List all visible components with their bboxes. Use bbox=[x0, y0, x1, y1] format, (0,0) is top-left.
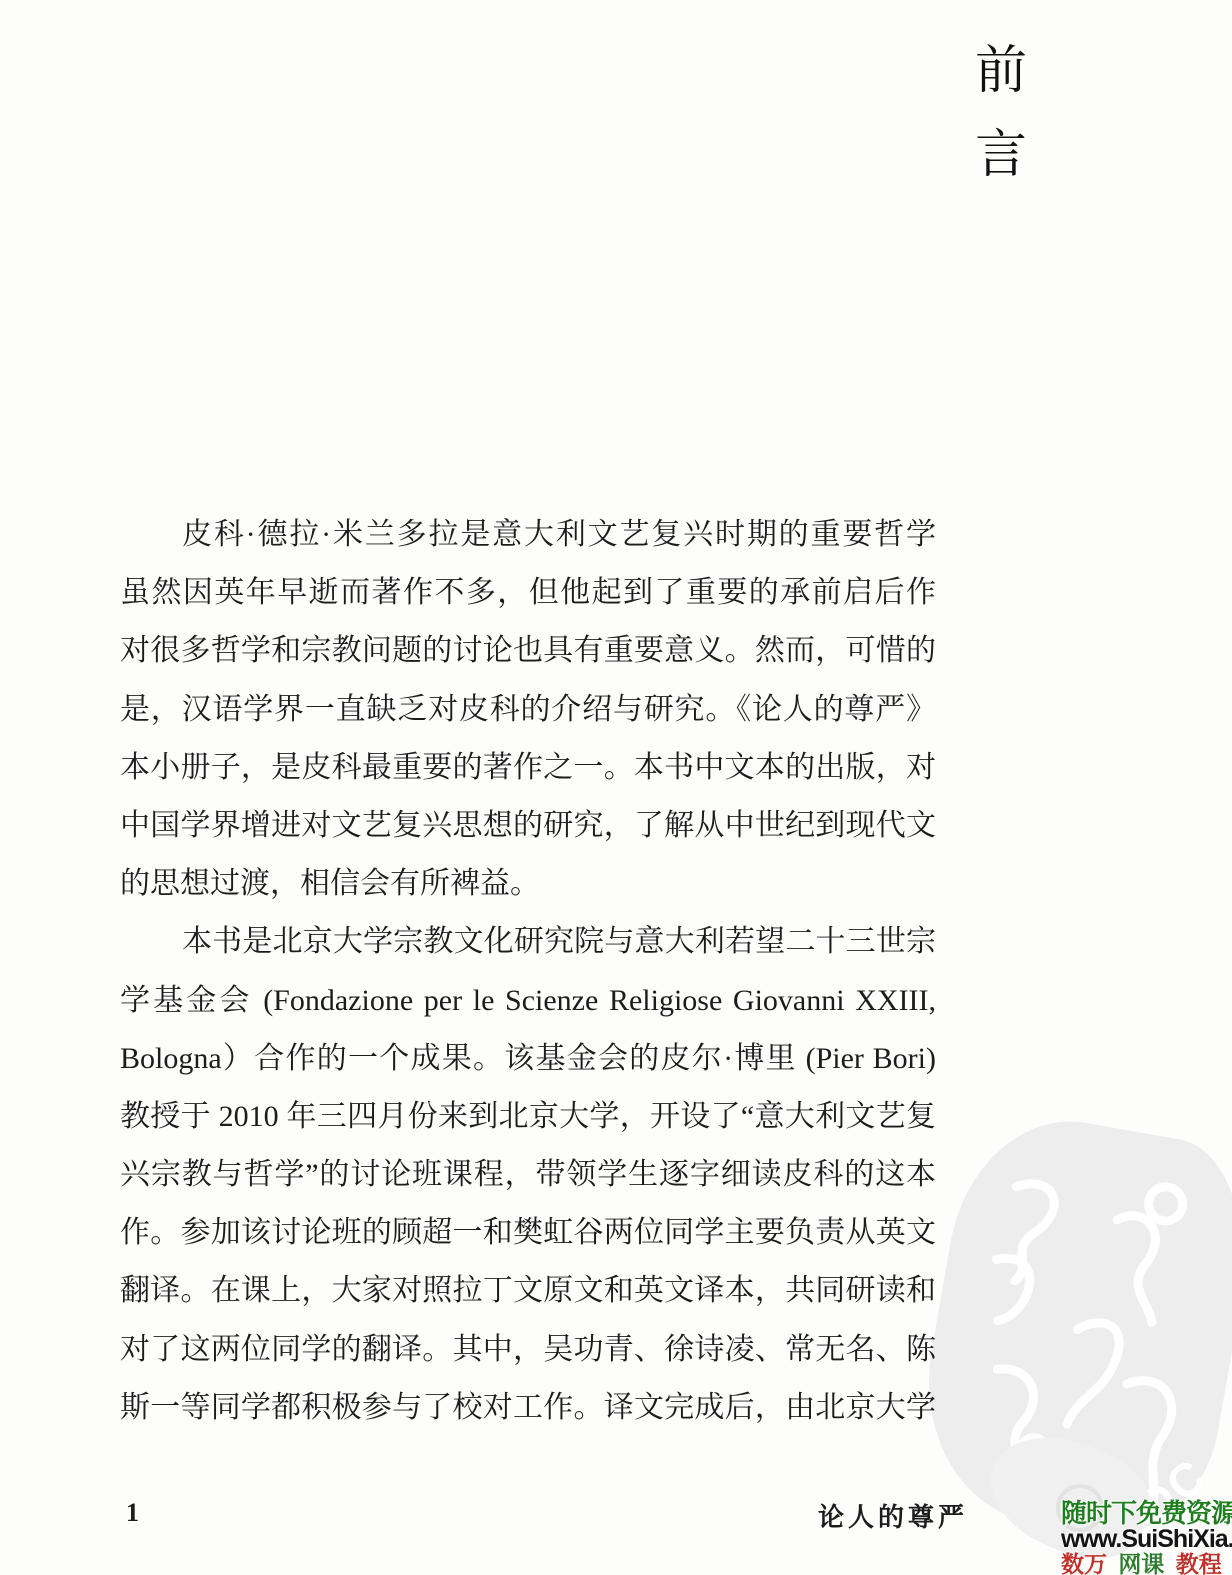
book-page: PDC 前言 皮科·德拉·米兰多拉是意大利文艺复兴时期的重要哲学家， 虽然因英年… bbox=[0, 0, 1232, 1575]
site-watermark-tagline: 数万 网课 教程 资源 bbox=[1061, 1552, 1232, 1575]
paragraph2-line: 兴宗教与哲学”的讨论班课程，带领学生逐字细读皮科的这本著 bbox=[120, 1146, 936, 1204]
site-watermark: 随时下免费资源网 www.SuiShiXia.com 数万 网课 教程 资源 bbox=[1061, 1500, 1232, 1575]
running-title: 论人的尊严 bbox=[818, 1497, 968, 1534]
tagline-part: 教程 bbox=[1176, 1551, 1222, 1575]
paragraph2-line: 教授于 2010 年三四月份来到北京大学，开设了“意大利文艺复 bbox=[120, 1088, 936, 1146]
paragraph1-line: 皮科·德拉·米兰多拉是意大利文艺复兴时期的重要哲学家， bbox=[120, 506, 936, 564]
paragraph2-line: 作。参加该讨论班的顾超一和樊虹谷两位同学主要负责从英文本 bbox=[120, 1204, 936, 1262]
paragraph1-line: 中国学界增进对文艺复兴思想的研究，了解从中世纪到现代文明 bbox=[120, 797, 936, 855]
paragraph2-line: 学基金会 (Fondazione per le Scienze Religios… bbox=[120, 972, 936, 1030]
body-text: 皮科·德拉·米兰多拉是意大利文艺复兴时期的重要哲学家， 虽然因英年早逝而著作不多… bbox=[120, 506, 936, 1437]
paragraph2-line: 对了这两位同学的翻译。其中，吴功青、徐诗凌、常无名、陈 bbox=[120, 1321, 936, 1379]
paragraph1-line: 的思想过渡，相信会有所裨益。 bbox=[120, 855, 936, 913]
paragraph1-line: 本小册子，是皮科最重要的著作之一。本书中文本的出版，对于 bbox=[120, 739, 936, 797]
site-watermark-url: www.SuiShiXia.com bbox=[1061, 1527, 1232, 1552]
paragraph2-line: 斯一等同学都积极参与了校对工作。译文完成后，由北京大学的 bbox=[120, 1379, 936, 1437]
tagline-part: 网课 bbox=[1118, 1551, 1164, 1575]
page-number: 1 bbox=[126, 1498, 139, 1528]
paragraph2-line: Bologna）合作的一个成果。该基金会的皮尔·博里 (Pier Bori) bbox=[120, 1030, 936, 1088]
site-watermark-name: 随时下免费资源网 bbox=[1061, 1500, 1232, 1527]
paragraph1-line: 虽然因英年早逝而著作不多，但他起到了重要的承前启后作用， bbox=[120, 564, 936, 622]
paragraph2-line: 本书是北京大学宗教文化研究院与意大利若望二十三世宗教 bbox=[120, 913, 936, 971]
tagline-part: 数万 bbox=[1061, 1551, 1107, 1575]
paragraph2-line: 翻译。在课上，大家对照拉丁文原文和英文译本，共同研读和校 bbox=[120, 1262, 936, 1320]
paragraph1-line: 对很多哲学和宗教问题的讨论也具有重要意义。然而，可惜的 bbox=[120, 622, 936, 680]
chapter-title: 前言 bbox=[972, 30, 1030, 198]
paragraph1-line: 是，汉语学界一直缺乏对皮科的介绍与研究。《论人的尊严》这 bbox=[120, 681, 936, 739]
